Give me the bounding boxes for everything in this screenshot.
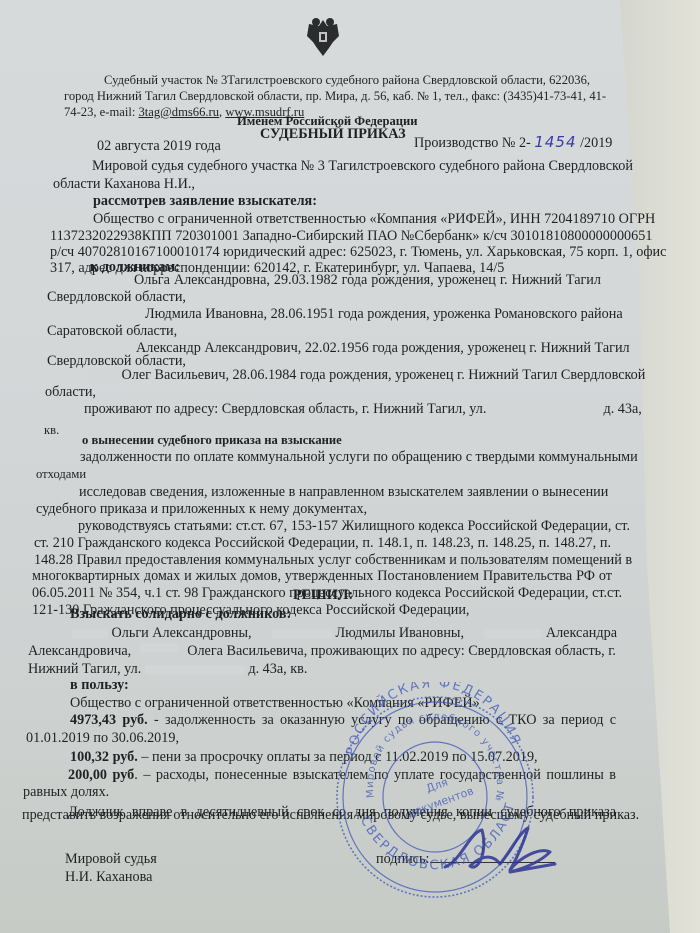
decided-heading: РЕШИЛ: [293, 587, 353, 604]
signature-role: Мировой судья [65, 851, 157, 868]
amount-3-line2: равных долях. [23, 784, 109, 801]
redacted-surname [72, 629, 108, 639]
debtor-2-line2: Саратовской области, [47, 323, 177, 340]
signature-name: Н.И. Каханова [65, 869, 152, 886]
amount-2-value: 100,32 руб. [70, 749, 138, 765]
recover-debtor-4-and-address: Олега Васильевича, проживающих по адресу… [187, 643, 616, 660]
signature-scribble-icon [440, 822, 560, 882]
debtor-1-line2: Свердловской области, [47, 289, 186, 306]
redacted-surname [139, 643, 179, 653]
recover-line3: Нижний Тагил, ул. д. 43а, кв. [28, 661, 307, 678]
address-suffix: д. 43а, [603, 401, 641, 417]
case-year: /2019 [580, 135, 612, 151]
debtor-4-line1: Олег Васильевич, 28.06.1984 года рождени… [84, 367, 645, 384]
debtor-4-line2: области, [45, 384, 96, 401]
case-prefix: Производство № 2- [414, 135, 531, 151]
subject-line2: отходами [36, 466, 86, 483]
redacted-street [145, 665, 245, 675]
claimant-line2: 1137232022938КПП 720301001 Западно-Сибир… [50, 228, 586, 245]
address-prefix: проживают по адресу: Свердловская област… [84, 401, 486, 417]
order-date: 02 августа 2019 года [97, 138, 221, 155]
recover-debtor-3-name: Александра [546, 625, 617, 641]
studied-line2: судебного приказа и приложенных к нему д… [36, 501, 367, 518]
recover-address-suffix: д. 43а, кв. [248, 661, 307, 677]
studied-line1: исследовав сведения, изложенные в направ… [79, 484, 606, 501]
guided-line3: 148.28 Правил предоставления коммунальны… [34, 552, 612, 569]
subject-heading: о вынесении судебного приказа на взыскан… [82, 432, 342, 449]
recover-debtor-1-name: Ольги Александровны, [112, 625, 252, 641]
subject-line1: задолженности по оплате коммунальной усл… [80, 449, 606, 466]
recover-heading: Взыскать солидарно с должников: [70, 606, 291, 623]
recover-debtor-3: Александра [484, 625, 617, 642]
court-order-document: Судебный участок № 3Тагилстроевского суд… [0, 0, 700, 933]
recover-debtor-2: Людмилы Ивановны, [272, 625, 464, 642]
recover-line1: Ольги Александровны, Людмилы Ивановны, А… [72, 625, 617, 642]
address-line2: кв. [44, 422, 59, 439]
amount-3-value: 200,00 руб [68, 767, 134, 783]
handwritten-case-number: 1454 [534, 133, 576, 151]
case-number: Производство № 2- 1454 /2019 [414, 134, 612, 152]
guided-line4: многоквартирных домах и жилых домов, утв… [32, 568, 612, 585]
in-favor-heading: в пользу: [70, 677, 129, 694]
claimant-line1: Общество с ограниченной ответственностью… [93, 211, 586, 228]
amount-1-value: 4973,43 руб. [70, 712, 148, 728]
redacted-surname [84, 371, 118, 381]
recover-debtor-3-patronymic: Александровича, [28, 643, 131, 660]
recover-debtor-1: Ольги Александровны, [72, 625, 252, 642]
email-link[interactable]: 3tag@dms66.ru [139, 105, 220, 119]
redacted-surname [272, 629, 332, 639]
guided-line2: ст. 210 Гражданского кодекса Российской … [34, 535, 611, 552]
court-address-line2: город Нижний Тагил Свердловской области,… [64, 88, 606, 105]
court-address-line1: Судебный участок № 3Тагилстроевского суд… [104, 72, 590, 89]
redacted-surname [484, 629, 542, 639]
considered-heading: рассмотрев заявление взыскателя: [93, 193, 317, 210]
document-title: СУДЕБНЫЙ ПРИКАЗ [260, 126, 406, 143]
debtor-4-text: Олег Васильевич, 28.06.1984 года рождени… [122, 367, 646, 383]
recover-debtor-2-name: Людмилы Ивановны, [335, 625, 464, 641]
address-line1: проживают по адресу: Свердловская област… [84, 401, 642, 418]
amount-1-line2: 01.01.2019 по 30.06.2019, [26, 730, 179, 747]
recover-line2: Александровича, Олега Васильевича, прожи… [28, 643, 616, 660]
redacted-street [490, 405, 600, 415]
debtor-2-line1: Людмила Ивановна, 28.06.1951 года рожден… [145, 306, 602, 323]
contact-prefix: 74-23, e-mail: [64, 105, 139, 119]
recover-address-prefix: Нижний Тагил, ул. [28, 661, 141, 677]
judge-line1: Мировой судья судебного участка № 3 Таги… [92, 158, 597, 175]
judge-line2: области Каханова Н.И., [53, 176, 195, 193]
guided-line1: руководствуясь статьями: ст.ст. 67, 153-… [78, 518, 611, 535]
debtor-3-line1: Александр Александрович, 22.02.1956 года… [136, 340, 601, 357]
debtor-1-line1: Ольга Александровна, 29.03.1982 года рож… [134, 272, 601, 289]
coat-of-arms-icon [305, 14, 341, 58]
